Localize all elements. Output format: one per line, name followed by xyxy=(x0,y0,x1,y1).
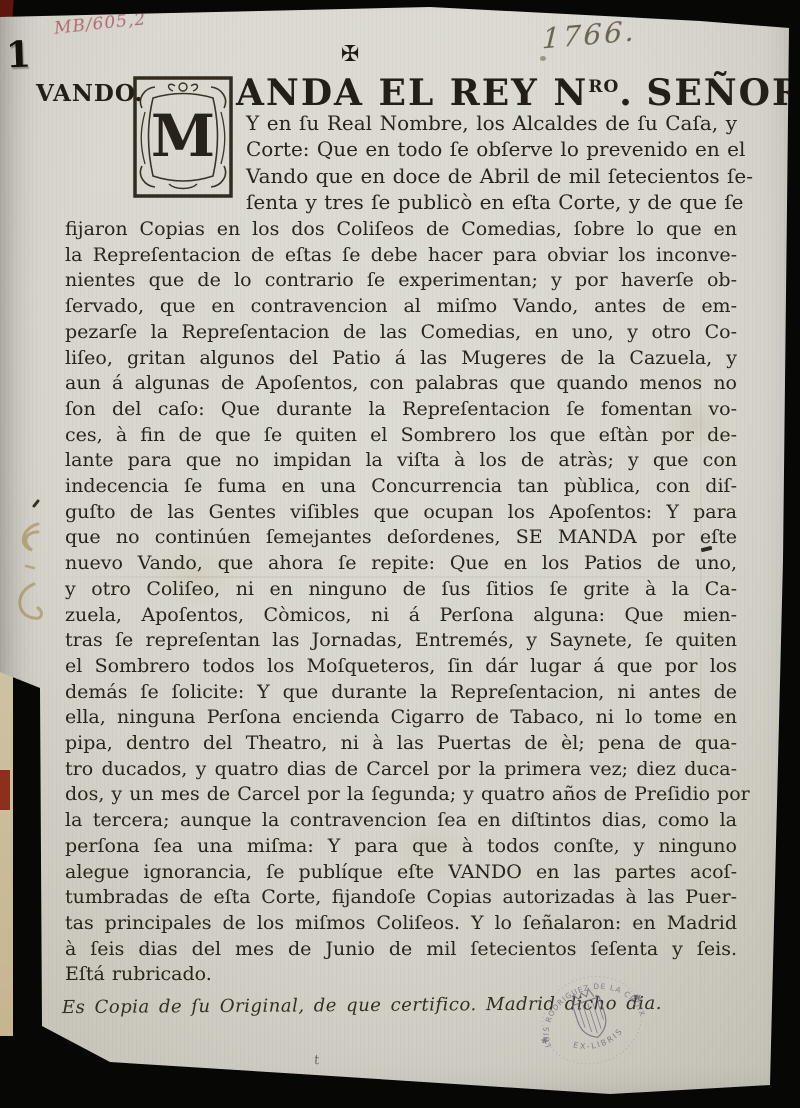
body-text-indented-block: Y en ſu Real Nombre, los Alcaldes de ſu … xyxy=(246,110,737,216)
text-line: dos, y un mes de Carcel por la ſegunda; … xyxy=(65,782,737,808)
text-line: Corte: Que en todo ſe obſerve lo preveni… xyxy=(246,136,737,162)
text-line: que no continúen ſemejantes deſordenes, … xyxy=(65,525,737,551)
margin-label-vando: VANDO. xyxy=(36,80,144,107)
svg-text:EX-LIBRIS: EX-LIBRIS xyxy=(570,1025,628,1057)
text-line: Y en ſu Real Nombre, los Alcaldes de ſu … xyxy=(246,110,737,136)
faded-margin-handwriting xyxy=(4,492,56,642)
title-post: SEÑOR, xyxy=(632,72,800,114)
body-text-block: fijaron Copias en los dos Coliſeos de Co… xyxy=(65,217,737,988)
scanned-document-page: MB/605,2 1 1766. ✠ t VANDO. M xyxy=(0,0,800,1108)
proclamation-title: ANDA EL REY NRO. SEÑOR, xyxy=(236,72,800,114)
title-superscript: RO xyxy=(588,77,619,97)
stamp-exlibris-label: EX-LIBRIS xyxy=(570,1025,628,1057)
text-line: nuevo Vando, que ahora ſe repite: Que en… xyxy=(65,551,737,577)
text-line: ſervado, que en contravencion al miſmo V… xyxy=(65,294,737,320)
paper-sheet: MB/605,2 1 1766. ✠ t VANDO. M xyxy=(0,0,800,1108)
text-line: guſto de las Gentes viſibles que ocupan … xyxy=(65,500,737,526)
text-line: pezarſe la Repreſentacion de las Comedia… xyxy=(65,320,737,346)
book-spine-edge-mid xyxy=(0,770,10,810)
text-line: ces, à fin de que ſe quiten el Sombrero … xyxy=(65,423,737,449)
underlying-page-edge xyxy=(0,662,13,1036)
text-line: tras ſe repreſentan las Jornadas, Entrem… xyxy=(65,628,737,654)
text-line: el Sombrero todos los Moſqueteros, ſin d… xyxy=(65,654,737,680)
small-ink-mark: t xyxy=(313,1053,320,1068)
maltese-cross-ornament: ✠ xyxy=(341,42,359,67)
text-line: ſenta y tres ſe publicò en eſta Corte, y… xyxy=(246,189,737,215)
text-line: aun á algunas de Apoſentos, con palabras… xyxy=(65,371,737,397)
text-line: y otro Coliſeo, ni en ninguno de ſus ſit… xyxy=(65,577,737,603)
text-line: demás ſe ſolicite: Y que durante la Repr… xyxy=(65,680,737,706)
text-line: lante para que no impidan la viſta à los… xyxy=(65,448,737,474)
text-line: la tercera; aunque la contravencion ſea … xyxy=(65,808,737,834)
stamp-star-right: ✱ xyxy=(633,993,643,1005)
folio-number: 1 xyxy=(5,34,32,77)
text-line: perſona ſea una miſma: Y para que à todo… xyxy=(65,834,737,860)
text-line: nientes que de lo contrario ſe experimen… xyxy=(65,268,737,294)
text-line: fijaron Copias en los dos Coliſeos de Co… xyxy=(65,217,737,243)
title-abbreviation-dot: . xyxy=(619,72,632,114)
text-line: ella, ninguna Perſona encienda Cigarro d… xyxy=(65,705,737,731)
decorated-initial-woodcut: M xyxy=(133,76,233,198)
ink-speck xyxy=(540,56,546,61)
text-line: Vando que en doce de Abril de mil ſeteci… xyxy=(246,163,737,189)
archival-shelfmark: MB/605,2 xyxy=(53,9,147,39)
text-line: liſeo, gritan algunos del Patio á las Mu… xyxy=(65,346,737,372)
text-line: pipa, dentro del Theatro, ni à las Puert… xyxy=(65,731,737,757)
text-line: tumbradas de eſta Corte, fijandoſe Copia… xyxy=(65,885,737,911)
initial-letter: M xyxy=(151,102,215,170)
text-line: indecencia ſe fuma en una Concurrencia t… xyxy=(65,474,737,500)
text-line: tas principales de los miſmos Coliſeos. … xyxy=(65,911,737,937)
text-line: zuela, Apoſentos, Còmicos, ni á Perſona … xyxy=(65,603,737,629)
text-line: la Repreſentacion de eſtas ſe debe hacer… xyxy=(65,243,737,269)
text-line: tro ducados, y quatro dias de Carcel por… xyxy=(65,757,737,783)
text-line: alegue ignorancia, ſe publíque eſte VAND… xyxy=(65,860,737,886)
title-pre: ANDA EL REY N xyxy=(236,72,588,114)
handwritten-year: 1766. xyxy=(541,14,638,56)
text-line: ſon del caſo: Que durante la Repreſentac… xyxy=(65,397,737,423)
